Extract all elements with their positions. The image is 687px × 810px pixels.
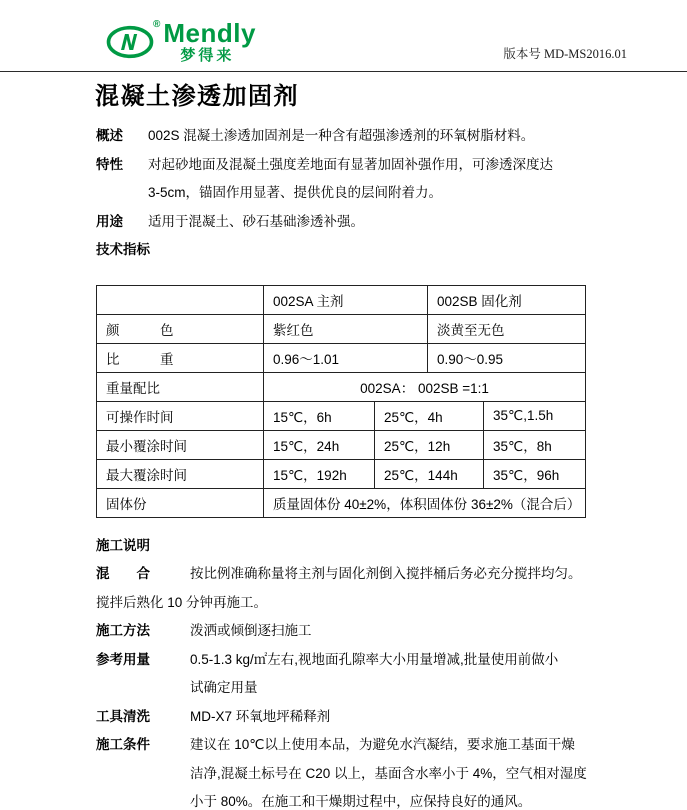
document-body: 概述 002S 混凝土渗透加固剂是一种含有超强渗透剂的环氧树脂材料。 特性 对起… bbox=[96, 122, 601, 810]
section-mixing: 混 合 按比例准确称量将主剂与固化剂倒入搅拌桶后务必充分搅拌均匀。 bbox=[96, 560, 601, 589]
solids-value: 质量固体份 40±2%，体积固体份 36±2%（混合后） bbox=[264, 488, 586, 517]
min-recoat-label: 最小覆涂时间 bbox=[97, 430, 264, 459]
table-row-color: 颜 色 紫红色 淡黄至无色 bbox=[97, 314, 586, 343]
mixing-text-line-2: 搅拌后熟化 10 分钟再施工。 bbox=[96, 589, 601, 618]
header-component-a: 002SA 主剂 bbox=[264, 285, 428, 314]
color-a: 紫红色 bbox=[264, 314, 428, 343]
method-label: 施工方法 bbox=[96, 617, 150, 646]
section-dosage: 参考用量 0.5-1.3 kg/㎡左右,视地面孔隙率大小用量增减,批量使用前做小… bbox=[96, 646, 601, 703]
max-recoat-25c: 25℃，144h bbox=[375, 459, 484, 488]
conditions-text-line-3: 小于 80%。在施工和干燥期过程中，应保持良好的通风。 bbox=[190, 788, 601, 810]
pot-life-35c: 35℃,1.5h bbox=[484, 401, 586, 430]
dosage-text-line-1: 0.5-1.3 kg/㎡左右,视地面孔隙率大小用量增减,批量使用前做小 bbox=[190, 646, 601, 675]
pot-life-15c: 15℃，6h bbox=[264, 401, 375, 430]
section-conditions: 施工条件 建议在 10℃以上使用本品，为避免水汽凝结，要求施工基面干燥 洁净,混… bbox=[96, 731, 601, 810]
section-usage: 用途 适用于混凝土、砂石基础渗透补强。 bbox=[96, 208, 601, 237]
overview-text: 002S 混凝土渗透加固剂是一种含有超强渗透剂的环氧树脂材料。 bbox=[148, 122, 601, 151]
version-label: 版本号 MD-MS2016.01 bbox=[503, 44, 627, 62]
table-row-min-recoat: 最小覆涂时间 15℃，24h 25℃，12h 35℃，8h bbox=[97, 430, 586, 459]
features-text-line-2: 3-5cm，锚固作用显著、提供优良的层间附着力。 bbox=[148, 179, 601, 208]
header-component-b: 002SB 固化剂 bbox=[428, 285, 586, 314]
section-features: 特性 对起砂地面及混凝土强度差地面有显著加固补强作用，可渗透深度达 3-5cm，… bbox=[96, 151, 601, 208]
header-empty-cell bbox=[97, 285, 264, 314]
gravity-a: 0.96～1.01 bbox=[264, 343, 428, 372]
table-row-pot-life: 可操作时间 15℃，6h 25℃，4h 35℃,1.5h bbox=[97, 401, 586, 430]
brand-logo: ® Mendly 梦得来 bbox=[106, 20, 256, 63]
dosage-label: 参考用量 bbox=[96, 646, 150, 675]
table-row-max-recoat: 最大覆涂时间 15℃，192h 25℃，144h 35℃，96h bbox=[97, 459, 586, 488]
tool-cleaning-label: 工具清洗 bbox=[96, 703, 150, 732]
page-title: 混凝土渗透加固剂 bbox=[95, 76, 299, 111]
mixing-text-line-1: 按比例准确称量将主剂与固化剂倒入搅拌桶后务必充分搅拌均匀。 bbox=[190, 560, 601, 589]
mixing-label: 混 合 bbox=[96, 560, 150, 589]
table-row-weight-ratio: 重量配比 002SA： 002SB =1:1 bbox=[97, 372, 586, 401]
conditions-text-line-1: 建议在 10℃以上使用本品，为避免水汽凝结，要求施工基面干燥 bbox=[190, 731, 601, 760]
ratio-value: 002SA： 002SB =1:1 bbox=[264, 372, 586, 401]
min-recoat-35c: 35℃，8h bbox=[484, 430, 586, 459]
table-row-specific-gravity: 比 重 0.96～1.01 0.90～0.95 bbox=[97, 343, 586, 372]
registered-trademark-icon: ® bbox=[153, 20, 160, 30]
tech-specs-heading: 技术指标 bbox=[96, 236, 601, 265]
table-row-solids: 固体份 质量固体份 40±2%，体积固体份 36±2%（混合后） bbox=[97, 488, 586, 517]
datasheet-page: ® Mendly 梦得来 版本号 MD-MS2016.01 混凝土渗透加固剂 概… bbox=[0, 0, 687, 810]
max-recoat-label: 最大覆涂时间 bbox=[97, 459, 264, 488]
brand-text: Mendly 梦得来 bbox=[163, 20, 256, 63]
section-tool-cleaning: 工具清洗 MD-X7 环氧地坪稀释剂 bbox=[96, 703, 601, 732]
overview-label: 概述 bbox=[96, 122, 123, 151]
max-recoat-15c: 15℃，192h bbox=[264, 459, 375, 488]
min-recoat-15c: 15℃，24h bbox=[264, 430, 375, 459]
section-method: 施工方法 泼洒或倾倒逐扫施工 bbox=[96, 617, 601, 646]
pot-life-label: 可操作时间 bbox=[97, 401, 264, 430]
table-row-header: 002SA 主剂 002SB 固化剂 bbox=[97, 285, 586, 314]
gravity-label: 比 重 bbox=[97, 343, 264, 372]
features-label: 特性 bbox=[96, 151, 123, 180]
method-text: 泼洒或倾倒逐扫施工 bbox=[190, 617, 601, 646]
solids-label: 固体份 bbox=[97, 488, 264, 517]
construction-heading: 施工说明 bbox=[96, 532, 601, 561]
tool-cleaning-text: MD-X7 环氧地坪稀释剂 bbox=[190, 703, 601, 732]
conditions-text-line-2: 洁净,混凝土标号在 C20 以上，基面含水率小于 4%，空气相对湿度 bbox=[190, 760, 601, 789]
brand-name-chinese: 梦得来 bbox=[180, 48, 256, 63]
min-recoat-25c: 25℃，12h bbox=[375, 430, 484, 459]
section-overview: 概述 002S 混凝土渗透加固剂是一种含有超强渗透剂的环氧树脂材料。 bbox=[96, 122, 601, 151]
mendly-logo-icon bbox=[106, 25, 156, 59]
color-b: 淡黄至无色 bbox=[428, 314, 586, 343]
pot-life-25c: 25℃，4h bbox=[375, 401, 484, 430]
gravity-b: 0.90～0.95 bbox=[428, 343, 586, 372]
brand-name: Mendly bbox=[163, 20, 256, 46]
max-recoat-35c: 35℃，96h bbox=[484, 459, 586, 488]
features-text-line-1: 对起砂地面及混凝土强度差地面有显著加固补强作用，可渗透深度达 bbox=[148, 151, 601, 180]
tech-specs-table: 002SA 主剂 002SB 固化剂 颜 色 紫红色 淡黄至无色 比 重 0.9… bbox=[96, 285, 586, 518]
usage-label: 用途 bbox=[96, 208, 123, 237]
conditions-label: 施工条件 bbox=[96, 731, 150, 760]
usage-text: 适用于混凝土、砂石基础渗透补强。 bbox=[148, 208, 601, 237]
header-divider bbox=[0, 71, 687, 72]
color-label: 颜 色 bbox=[97, 314, 264, 343]
dosage-text-line-2: 试确定用量 bbox=[190, 674, 601, 703]
ratio-label: 重量配比 bbox=[97, 372, 264, 401]
